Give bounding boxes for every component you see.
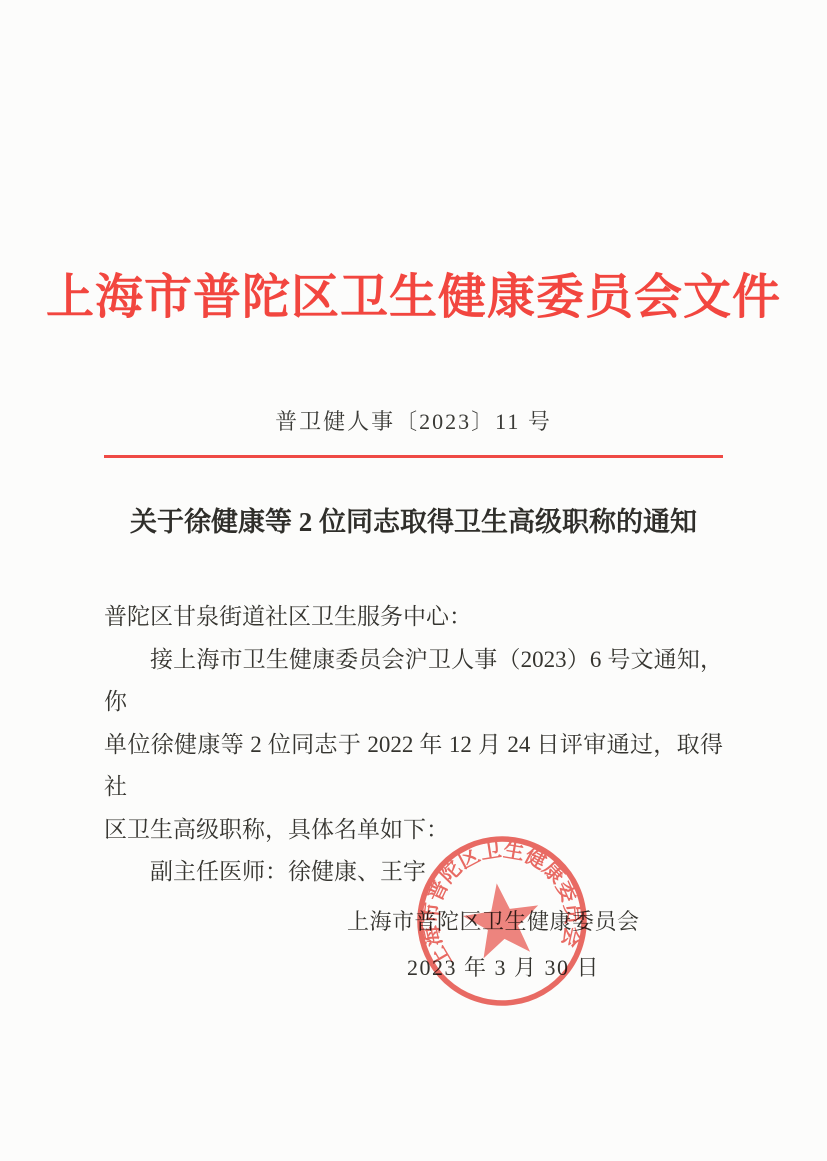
notice-title: 关于徐健康等 2 位同志取得卫生高级职称的通知	[0, 503, 827, 541]
seal-star-icon	[459, 878, 544, 960]
body-line: 单位徐健康等 2 位同志于 2022 年 12 月 24 日评审通过，取得社	[104, 724, 723, 809]
document-page: 上海市普陀区卫生健康委员会文件 普卫健人事〔2023〕11 号 关于徐健康等 2…	[0, 0, 827, 1161]
org-title: 上海市普陀区卫生健康委员会文件	[0, 266, 827, 330]
official-seal: 上海市普陀区卫生健康委员会	[400, 819, 603, 1022]
body-line: 接上海市卫生健康委员会沪卫人事（2023）6 号文通知，你	[104, 639, 723, 724]
body-line-salutation: 普陀区甘泉街道社区卫生服务中心：	[104, 596, 723, 639]
doc-number: 普卫健人事〔2023〕11 号	[0, 406, 827, 438]
red-divider-line	[104, 455, 723, 458]
